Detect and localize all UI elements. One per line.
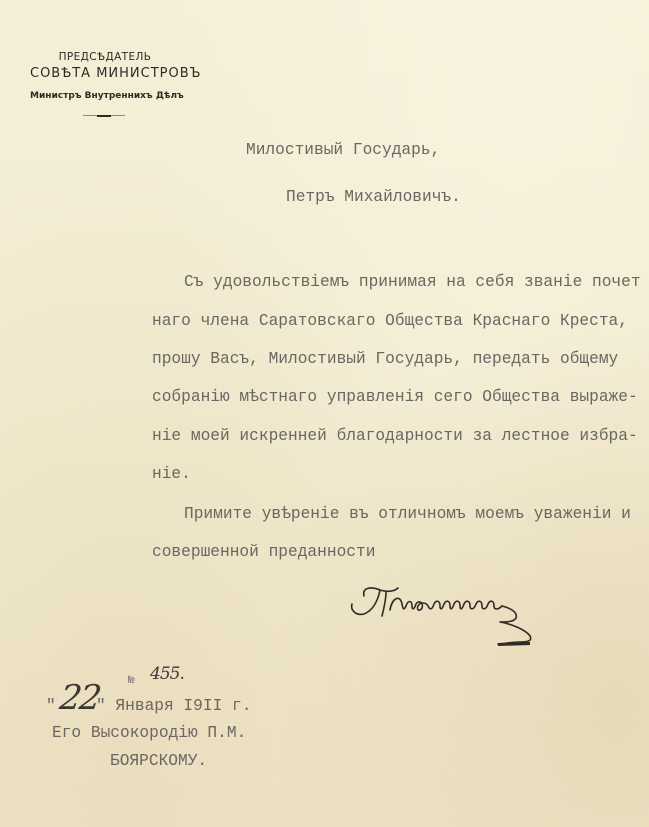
document-number: 455. — [150, 664, 184, 684]
body-line: собранію мѣстнаго управленія сего Общест… — [152, 388, 638, 406]
body-line: ніе моей искренней благодарности за лест… — [152, 427, 638, 445]
addressee-line-2: БОЯРСКОМУ. — [110, 752, 207, 770]
body-line: Съ удовольствіемъ принимая на себя звані… — [184, 273, 641, 291]
document-number-label: № — [128, 675, 135, 687]
addressee-line-1: Его Высокородію П.М. — [52, 724, 246, 742]
letterhead-title: ПРЕДСѢДАТЕЛЬ — [40, 51, 170, 63]
salutation-line-1: Милостивый Государь, — [246, 141, 440, 159]
body-line: наго члена Саратовскаго Общества Краснаг… — [152, 312, 628, 330]
date-month-year: " Января I9II г. — [96, 697, 251, 715]
date-quote: " — [46, 697, 56, 715]
closing-line: Примите увѣреніе въ отличномъ моемъ уваж… — [184, 505, 631, 523]
salutation-line-2: Петръ Михайловичъ. — [286, 188, 461, 206]
letterhead-ministry: Министръ Внутреннихъ Дѣлъ — [30, 91, 180, 101]
body-line: прошу Васъ, Милостивый Государь, передат… — [152, 350, 618, 368]
body-line: ніе. — [152, 465, 191, 483]
letter-page: ПРЕДСѢДАТЕЛЬ СОВѢТА МИНИСТРОВЪ Министръ … — [0, 0, 649, 827]
signature — [340, 580, 570, 650]
letterhead-council: СОВѢТА МИНИСТРОВЪ — [30, 66, 180, 81]
closing-line: совершенной преданности — [152, 543, 375, 561]
letterhead-rule — [83, 115, 125, 116]
